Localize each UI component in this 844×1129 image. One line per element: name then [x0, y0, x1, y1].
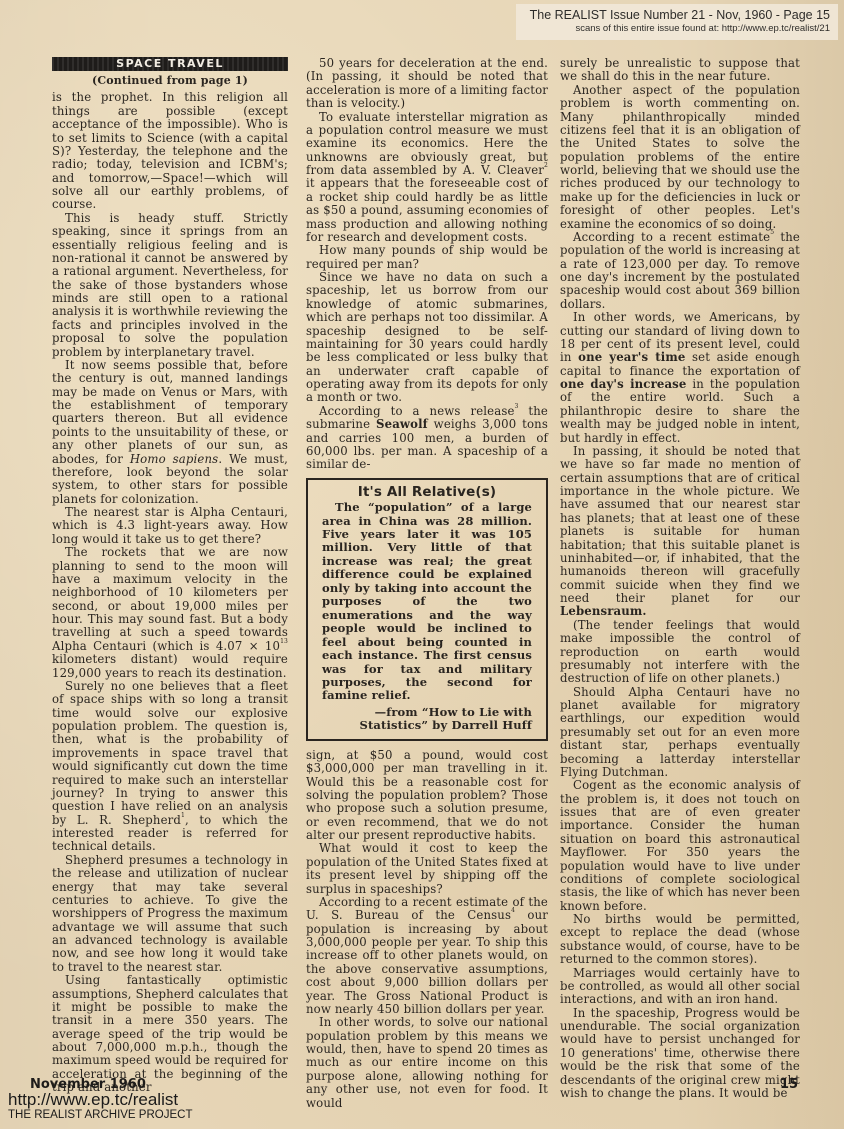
article-column-1: SPACE TRAVEL (Continued from page 1) is … — [52, 57, 288, 1095]
paragraph: surely be unrealistic to suppose that we… — [560, 57, 800, 84]
paragraph: (The tender feelings that would make imp… — [560, 619, 800, 686]
column-2-bottom-body: sign, at $50 a pound, would cost $3,000,… — [306, 749, 548, 1110]
paragraph: In the spaceship, Progress would be unen… — [560, 1007, 800, 1101]
column-2-top-body: 50 years for deceleration at the end. (I… — [306, 57, 548, 472]
attribution-line-2: Statistics” by Darrell Huff — [360, 718, 533, 732]
paragraph: Marriages would certainly have to be con… — [560, 967, 800, 1007]
archive-title: The REALIST Issue Number 21 - Nov, 1960 … — [524, 8, 830, 23]
column-1-body: is the prophet. In this religion all thi… — [52, 91, 288, 1094]
paragraph: No births would be permitted, except to … — [560, 913, 800, 967]
paragraph: Surely no one believes that a fleet of s… — [52, 680, 288, 854]
paragraph: According to a recent estimate5 the popu… — [560, 231, 800, 311]
paragraph: The nearest star is Alpha Centauri, whic… — [52, 506, 288, 546]
paragraph: is the prophet. In this religion all thi… — [52, 91, 288, 211]
paragraph: To evaluate interstellar migration as a … — [306, 111, 548, 245]
paragraph: Cogent as the economic analysis of the p… — [560, 779, 800, 913]
paragraph: 50 years for deceleration at the end. (I… — [306, 57, 548, 111]
paragraph: In other words, we Americans, by cutting… — [560, 311, 800, 445]
paragraph: This is heady stuff. Strictly speaking, … — [52, 212, 288, 359]
paragraph: According to a recent estimate of the U.… — [306, 896, 548, 1016]
section-banner: SPACE TRAVEL — [52, 57, 288, 71]
sidebar-boxout: It's All Relative(s) The “population” of… — [306, 478, 548, 741]
paragraph: Should Alpha Centauri have no planet ava… — [560, 686, 800, 780]
paragraph: Since we have no data on such a spaceshi… — [306, 271, 548, 405]
page-number: 15 — [780, 1077, 798, 1092]
continued-note: (Continued from page 1) — [52, 74, 288, 87]
paragraph: What would it cost to keep the populatio… — [306, 842, 548, 896]
paragraph: In other words, to solve our national po… — [306, 1016, 548, 1110]
article-column-2: 50 years for deceleration at the end. (I… — [306, 57, 548, 1110]
paragraph: According to a news release3 the submari… — [306, 405, 548, 472]
attribution-line-1: —from “How to Lie with — [375, 705, 532, 719]
archive-header: The REALIST Issue Number 21 - Nov, 1960 … — [516, 4, 838, 40]
paragraph: Shepherd presumes a technology in the re… — [52, 854, 288, 974]
archive-project-label: THE REALIST ARCHIVE PROJECT — [8, 1109, 192, 1122]
paragraph: It now seems possible that, before the c… — [52, 359, 288, 506]
column-3-body: surely be unrealistic to suppose that we… — [560, 57, 800, 1100]
article-column-3: surely be unrealistic to suppose that we… — [560, 57, 800, 1100]
paragraph: How many pounds of ship would be require… — [306, 244, 548, 271]
archive-url-link[interactable]: http://www.ep.tc/realist — [8, 1090, 192, 1109]
boxout-attribution: —from “How to Lie with Statistics” by Da… — [322, 706, 532, 733]
paragraph: sign, at $50 a pound, would cost $3,000,… — [306, 749, 548, 843]
paragraph: The rockets that we are now planning to … — [52, 546, 288, 680]
paragraph: Another aspect of the population problem… — [560, 84, 800, 231]
archive-subtitle: scans of this entire issue found at: htt… — [524, 23, 830, 35]
boxout-title: It's All Relative(s) — [322, 486, 532, 499]
archive-footer: http://www.ep.tc/realist THE REALIST ARC… — [8, 1090, 192, 1122]
boxout-body: The “population” of a large area in Chin… — [322, 501, 532, 703]
paragraph: In passing, it should be noted that we h… — [560, 445, 800, 619]
